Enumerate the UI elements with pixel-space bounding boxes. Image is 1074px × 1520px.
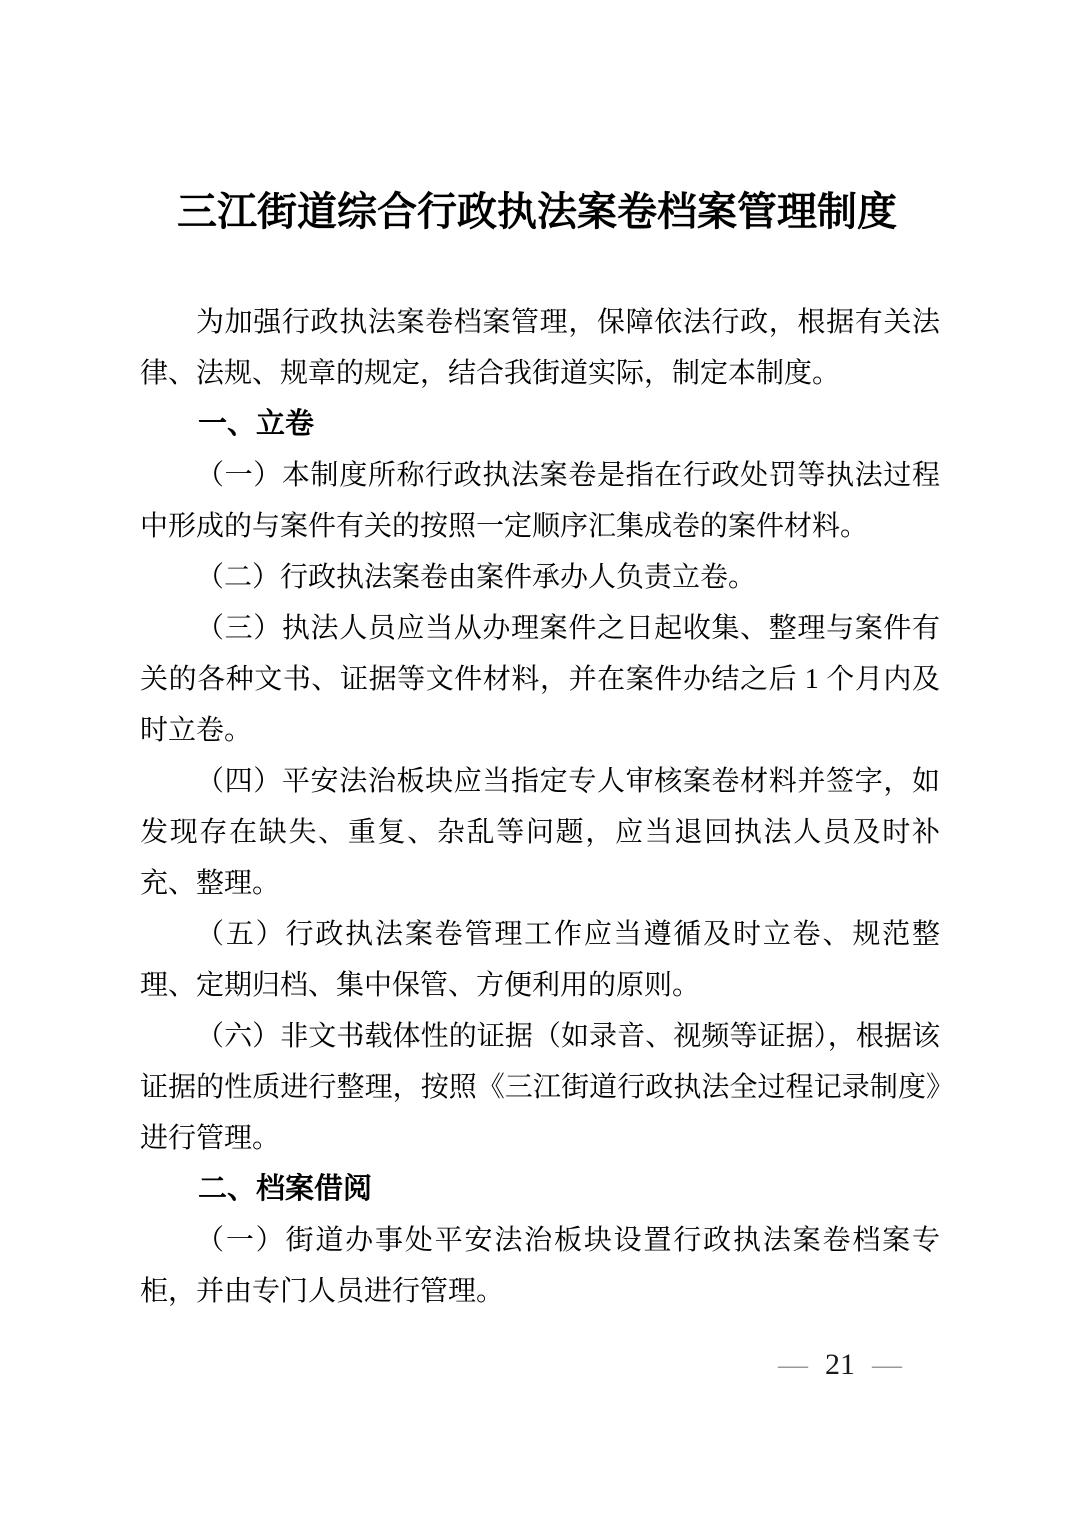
section-1-item-2: （二）行政执法案卷由案件承办人负责立卷。 (140, 552, 940, 603)
section-2-item-1: （一）街道办事处平安法治板块设置行政执法案卷档案专柜，并由专门人员进行管理。 (140, 1215, 940, 1317)
page-number: — 21 — (778, 1348, 902, 1382)
page-number-right-dash: — (872, 1348, 902, 1382)
document-body: 为加强行政执法案卷档案管理，保障依法行政，根据有关法律、法规、规章的规定，结合我… (140, 297, 940, 1317)
document-page: 三江街道综合行政执法案卷档案管理制度 为加强行政执法案卷档案管理，保障依法行政，… (0, 0, 1074, 1520)
page-number-value: 21 (825, 1348, 855, 1382)
section-1-item-1: （一）本制度所称行政执法案卷是指在行政处罚等执法过程中形成的与案件有关的按照一定… (140, 450, 940, 552)
section-1-item-3: （三）执法人员应当从办理案件之日起收集、整理与案件有关的各种文书、证据等文件材料… (140, 603, 940, 756)
section-heading-2: 二、档案借阅 (140, 1164, 940, 1215)
document-title: 三江街道综合行政执法案卷档案管理制度 (0, 186, 1074, 238)
section-1-item-4: （四）平安法治板块应当指定专人审核案卷材料并签字，如发现存在缺失、重复、杂乱等问… (140, 756, 940, 909)
page-number-left-dash: — (778, 1348, 808, 1382)
section-1-item-6: （六）非文书载体性的证据（如录音、视频等证据），根据该证据的性质进行整理，按照《… (140, 1011, 940, 1164)
intro-paragraph: 为加强行政执法案卷档案管理，保障依法行政，根据有关法律、法规、规章的规定，结合我… (140, 297, 940, 399)
section-heading-1: 一、立卷 (140, 399, 940, 450)
section-1-item-5: （五）行政执法案卷管理工作应当遵循及时立卷、规范整理、定期归档、集中保管、方便利… (140, 909, 940, 1011)
